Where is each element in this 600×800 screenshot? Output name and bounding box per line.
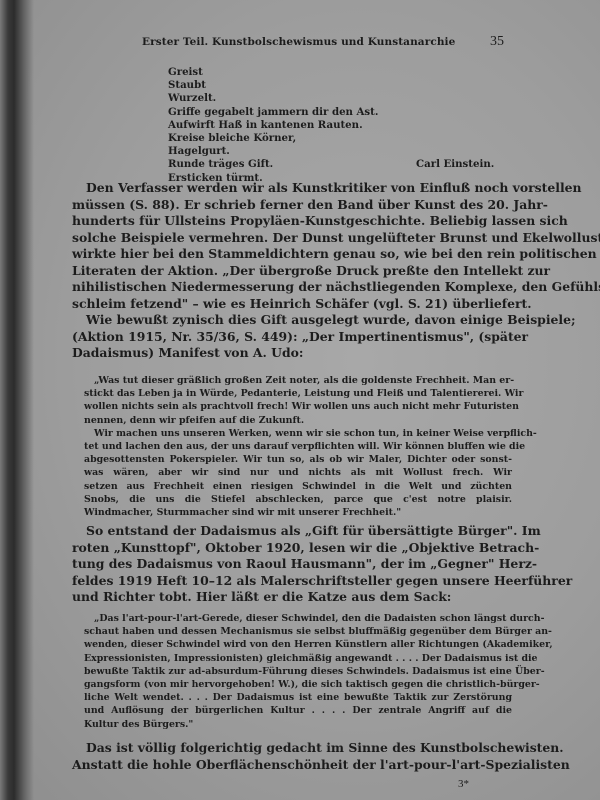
- text-line: Expressionisten, Impressionisten) gleich…: [84, 652, 512, 665]
- poem-line: Greist: [168, 66, 378, 79]
- text-line: Kultur des Bürgers.": [84, 718, 512, 731]
- poem-line: Wurzelt.: [168, 92, 378, 105]
- running-header: Erster Teil. Kunstbolschewismus und Kuns…: [142, 36, 512, 48]
- text-line: Das ist völlig folgerichtig gedacht im S…: [72, 740, 512, 757]
- poem-line: Hagelgurt.: [168, 145, 378, 158]
- text-line: tet und lachen den aus, der uns darauf v…: [84, 440, 512, 453]
- text-line: Literaten der Aktion. „Der übergroße Dru…: [72, 263, 512, 280]
- text-line: Snobs, die uns die Stiefel abschlecken, …: [84, 493, 512, 506]
- text-line: setzen aus Frechheit einen riesigen Schw…: [84, 480, 512, 493]
- text-line: (Aktion 1915, Nr. 35/36, S. 449): „Der I…: [72, 329, 512, 346]
- text-line: roten „Kunsttopf", Oktober 1920, lesen w…: [72, 540, 512, 557]
- book-page: Erster Teil. Kunstbolschewismus und Kuns…: [0, 0, 600, 800]
- text-line: nennen, denn wir pfeifen auf die Zukunft…: [84, 414, 512, 427]
- text-line: tung des Dadaismus von Raoul Hausmann", …: [72, 556, 512, 573]
- text-line: bewußte Taktik zur ad-absurdum-Führung d…: [84, 665, 512, 678]
- text-line: So entstand der Dadaismus als „Gift für …: [72, 523, 512, 540]
- text-line: müssen (S. 88). Er schrieb ferner den Ba…: [72, 197, 512, 214]
- paragraph-1: Den Verfasser werden wir als Kunstkritik…: [72, 180, 512, 312]
- paragraph-4: Das ist völlig folgerichtig gedacht im S…: [72, 740, 512, 773]
- text-line: Dadaismus) Manifest von A. Udo:: [72, 345, 512, 362]
- quote-hausmann: „Das l'art-pour-l'art-Gerede, dieser Sch…: [84, 612, 512, 731]
- text-line: wollen nichts sein als prachtvoll frech!…: [84, 400, 512, 413]
- text-line: was wären, aber wir sind nur und nichts …: [84, 466, 512, 479]
- text-line: „Was tut dieser gräßlich großen Zeit not…: [84, 374, 512, 387]
- signature-mark: 3*: [458, 778, 469, 790]
- poem-line: Staubt: [168, 79, 378, 92]
- paragraph-3: So entstand der Dadaismus als „Gift für …: [72, 523, 512, 606]
- quote-udo-manifesto: „Was tut dieser gräßlich großen Zeit not…: [84, 374, 512, 519]
- text-line: liche Welt wendet. . . . Der Dadaismus i…: [84, 691, 512, 704]
- text-line: feldes 1919 Heft 10–12 als Malerschrifts…: [72, 573, 512, 590]
- poem-line: Runde träges Gift.: [168, 158, 378, 171]
- text-line: Den Verfasser werden wir als Kunstkritik…: [72, 180, 512, 197]
- text-line: Anstatt die hohle Oberflächenschönheit d…: [72, 757, 512, 774]
- paragraph-2: Wie bewußt zynisch dies Gift ausgelegt w…: [72, 312, 512, 362]
- text-line: schaut haben und dessen Mechanismus sie …: [84, 625, 512, 638]
- text-line: schleim fetzend" – wie es Heinrich Schäf…: [72, 296, 512, 313]
- text-line: Windmacher, Sturmmacher sind wir mit uns…: [84, 506, 512, 519]
- text-line: wenden, dieser Schwindel wird von den He…: [84, 638, 512, 651]
- text-line: und Auflösung der bürgerlichen Kultur . …: [84, 704, 512, 717]
- text-line: gangsform (von mir hervorgehoben! W.), d…: [84, 678, 512, 691]
- text-line: abgesottensten Pokerspieler. Wir tun so,…: [84, 453, 512, 466]
- page-number: 35: [490, 34, 504, 50]
- poem-line: Kreise bleiche Körner,: [168, 132, 378, 145]
- text-line: nihilistischen Niedermesserung der nächs…: [72, 279, 512, 296]
- book-gutter-shadow: [0, 0, 34, 800]
- poem-block: GreistStaubtWurzelt.Griffe gegabelt jamm…: [168, 66, 378, 185]
- poem-author: Carl Einstein.: [416, 158, 494, 170]
- poem-line: Griffe gegabelt jammern dir den Ast.: [168, 106, 378, 119]
- text-line: „Das l'art-pour-l'art-Gerede, dieser Sch…: [84, 612, 512, 625]
- poem-line: Aufwirft Haß in kantenen Rauten.: [168, 119, 378, 132]
- text-line: hunderts für Ullsteins Propyläen-Kunstge…: [72, 213, 512, 230]
- text-line: stickt das Leben ja in Würde, Pedanterie…: [84, 387, 512, 400]
- text-line: und Richter tobt. Hier läßt er die Katze…: [72, 589, 512, 606]
- text-line: wirkte hier bei den Stammeldichtern gena…: [72, 246, 512, 263]
- text-line: solche Beispiele vermehren. Der Dunst un…: [72, 230, 512, 247]
- text-line: Wir machen uns unseren Werken, wenn wir …: [84, 427, 512, 440]
- text-line: Wie bewußt zynisch dies Gift ausgelegt w…: [72, 312, 512, 329]
